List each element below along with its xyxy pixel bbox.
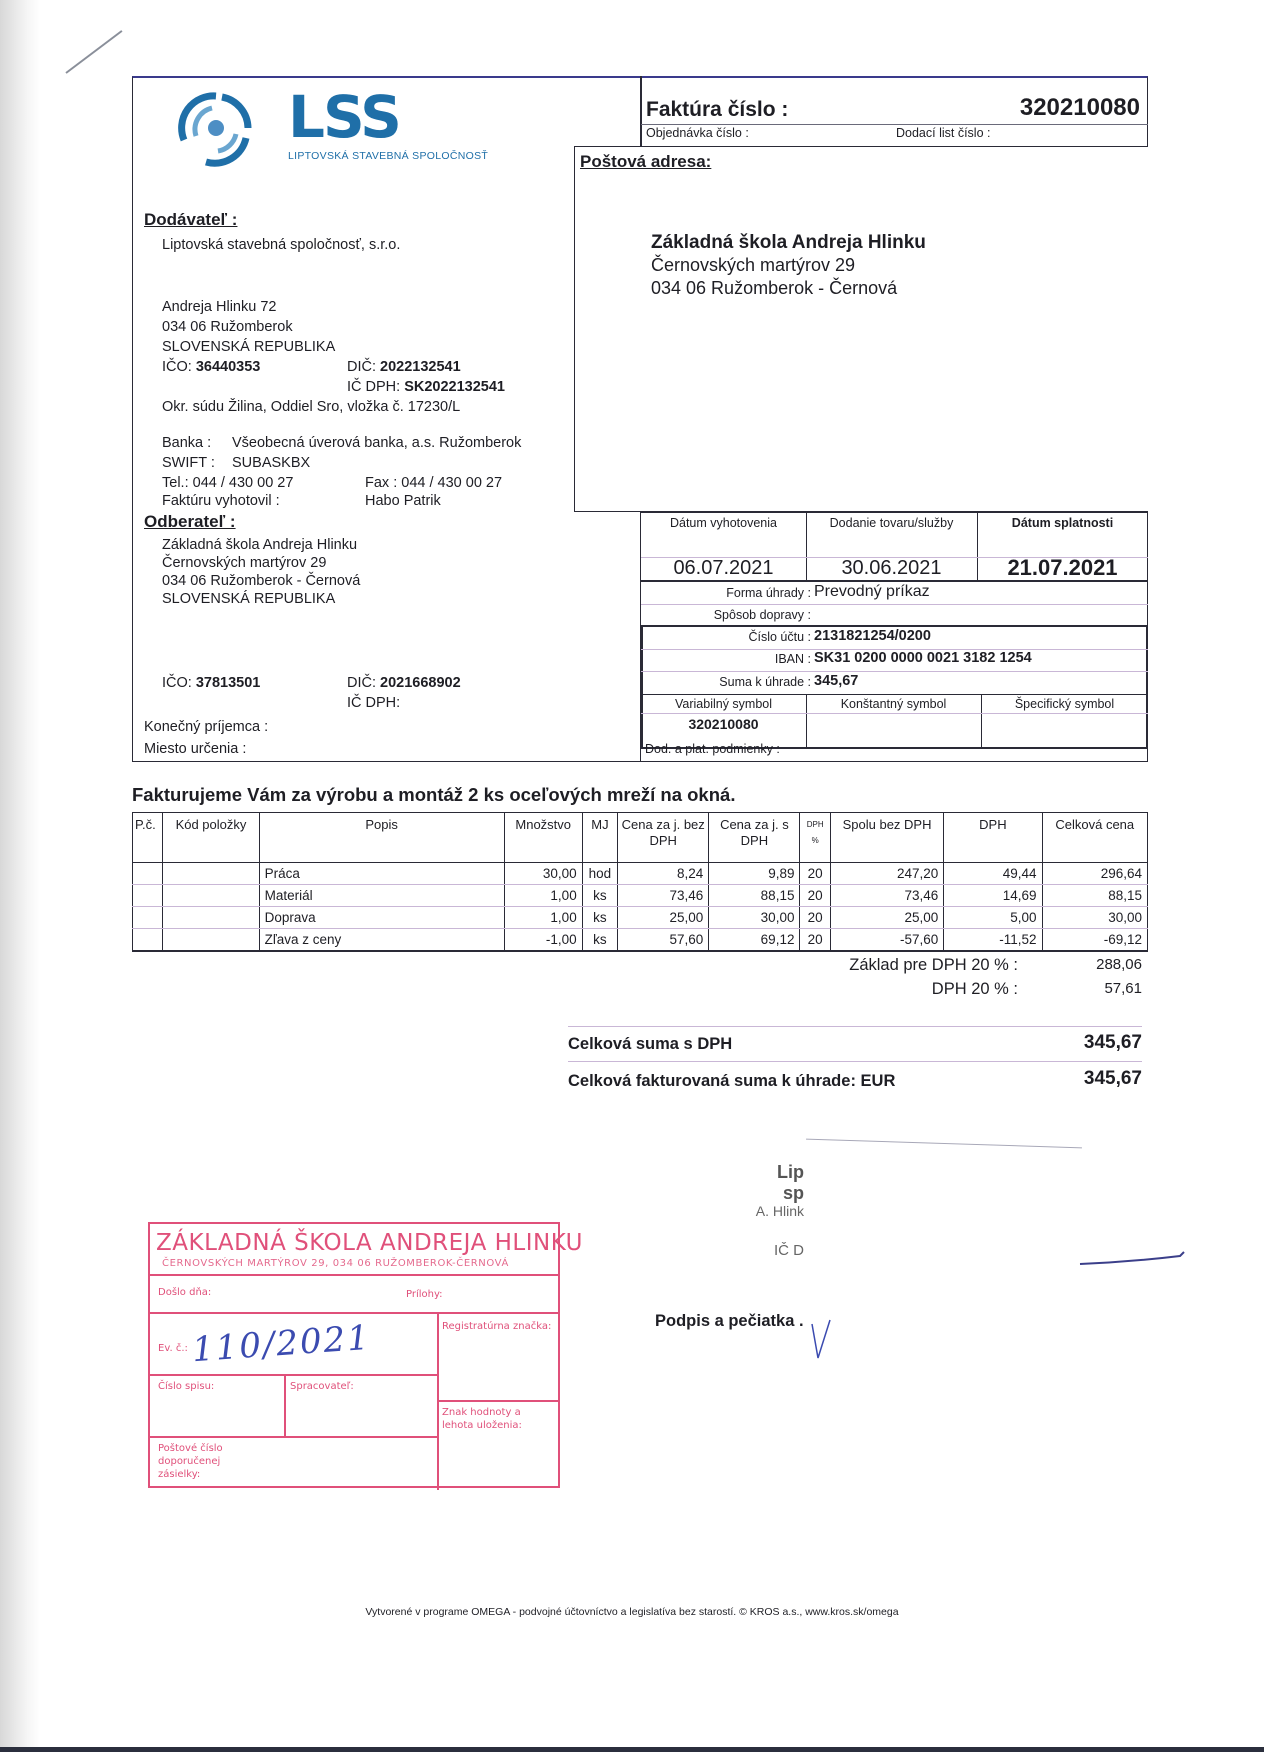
vat-label: DPH 20 % : — [740, 980, 1018, 999]
received-stamp: ZÁKLADNÁ ŠKOLA ANDREJA HLINKU ČERNOVSKÝC… — [148, 1222, 560, 1488]
summary-rule — [568, 1061, 1142, 1062]
customer-dic: DIČ: 2021668902 — [347, 674, 461, 692]
icdph-value: SK2022132541 — [404, 379, 505, 395]
icdph-label: IČ DPH: — [347, 379, 400, 395]
row-pc — [133, 907, 163, 929]
issued-by-label: Faktúru vyhotovil : — [162, 492, 280, 510]
amount-due: 345,67 — [814, 673, 858, 689]
due-date: 21.07.2021 — [977, 555, 1148, 581]
fax-value: 044 / 430 00 27 — [401, 475, 502, 491]
specific-symbol-label: Špecifický symbol — [981, 697, 1148, 711]
stamp-handler-label: Spracovateľ: — [290, 1380, 354, 1393]
row-pc — [133, 929, 163, 951]
customer-country: SLOVENSKÁ REPUBLIKA — [162, 590, 335, 608]
logo-wordmark: LSS — [288, 88, 400, 146]
row-unit: hod — [582, 863, 617, 885]
row-quantity: -1,00 — [504, 929, 582, 951]
scan-bottom-edge — [0, 1747, 1264, 1752]
table-row: Zľava z ceny-1,00ks57,6069,1220-57,60-11… — [133, 929, 1148, 951]
total-label: Celková suma s DPH — [568, 1035, 732, 1054]
row-code — [163, 929, 259, 951]
signature-label: Podpis a pečiatka . — [655, 1312, 804, 1331]
ico-label: IČO: — [162, 359, 192, 375]
customer-heading: Odberateľ : — [144, 512, 236, 532]
pen-mark — [65, 30, 122, 74]
row-unit: ks — [582, 885, 617, 907]
rule — [641, 713, 1148, 714]
invoice-title: Faktúra číslo : — [646, 98, 788, 122]
fax-label: Fax : — [365, 475, 397, 491]
row-unit-price-net: 57,60 — [618, 929, 709, 951]
row-vat-rate: 20 — [800, 907, 830, 929]
row-unit-price-gross: 30,00 — [709, 907, 800, 929]
stamp-rule — [150, 1274, 558, 1276]
row-pc — [133, 885, 163, 907]
row-unit-price-gross: 69,12 — [709, 929, 800, 951]
due-date-label: Dátum splatnosti — [977, 516, 1148, 530]
row-description: Doprava — [259, 907, 504, 929]
row-unit: ks — [582, 907, 617, 929]
col-vat: DPH — [944, 813, 1042, 863]
stamp-reg-label: Registratúrna značka: — [442, 1320, 551, 1333]
supplier-name: Liptovská stavebná spoločnosť, s.r.o. — [162, 236, 400, 254]
stamp-fragment-4: IČ D — [760, 1242, 804, 1259]
row-unit-price-gross: 88,15 — [709, 885, 800, 907]
stamp-retention-label: Znak hodnoty a lehota uloženia: — [442, 1406, 552, 1432]
col-vat-rate: DPH % — [800, 813, 830, 863]
iban: SK31 0200 0000 0021 3182 1254 — [814, 650, 1032, 666]
customer-name: Základná škola Andreja Hlinku — [162, 536, 357, 554]
supplier-swift: SUBASKBX — [232, 454, 310, 472]
stamp-rule — [437, 1400, 558, 1402]
ico-value: 37813501 — [196, 675, 261, 691]
stamp-fragment-3: A. Hlink — [730, 1203, 804, 1219]
payment-method-label: Forma úhrady : — [641, 586, 811, 600]
signature-check-icon — [808, 1318, 838, 1366]
postal-address-heading: Poštová adresa: — [580, 152, 711, 172]
supplier-street: Andreja Hlinku 72 — [162, 298, 276, 316]
supplier-register: Okr. súdu Žilina, Oddiel Sro, vložka č. … — [162, 398, 460, 416]
invoice-intro: Fakturujeme Vám za výrobu a montáž 2 ks … — [132, 784, 735, 806]
row-total: 88,15 — [1042, 885, 1147, 907]
icdph-label: IČ DPH: — [347, 695, 400, 711]
stamp-rule — [150, 1312, 558, 1314]
table-row: Materiál1,00ks73,4688,152073,4614,6988,1… — [133, 885, 1148, 907]
stamp-rule — [150, 1374, 437, 1376]
footer-credit: Vytvorené v programe OMEGA - podvojné úč… — [0, 1606, 1264, 1618]
stamp-rule — [150, 1436, 437, 1438]
row-pc — [133, 863, 163, 885]
order-number-label: Objednávka číslo : — [646, 126, 749, 140]
stamp-ev-label: Ev. č.: — [158, 1342, 188, 1355]
rule — [641, 694, 1148, 695]
row-unit-price-gross: 9,89 — [709, 863, 800, 885]
dic-value: 2021668902 — [380, 675, 461, 691]
supplier-dic: DIČ: 2022132541 — [347, 358, 461, 376]
signature-line — [806, 1139, 1082, 1149]
supplier-tel: Tel.: 044 / 430 00 27 — [162, 474, 293, 492]
row-vat-rate: 20 — [800, 863, 830, 885]
col-unit-price-gross: Cena za j. s DPH — [709, 813, 800, 863]
row-description: Materiál — [259, 885, 504, 907]
stamp-rule — [284, 1374, 286, 1436]
delivery-date-label: Dodanie tovaru/služby — [806, 516, 977, 530]
tel-label: Tel.: — [162, 475, 189, 491]
customer-city: 034 06 Ružomberok - Černová — [162, 572, 360, 590]
col-code: Kód položky — [163, 813, 259, 863]
row-code — [163, 863, 259, 885]
supplier-icdph: IČ DPH: SK2022132541 — [347, 378, 505, 396]
table-row: Doprava1,00ks25,0030,002025,005,0030,00 — [133, 907, 1148, 929]
stamp-attachments-label: Prílohy: — [406, 1288, 443, 1301]
conditions-label: Dod. a plat. podmienky : — [645, 742, 780, 756]
account-number: 2131821254/0200 — [814, 628, 931, 644]
ico-value: 36440353 — [196, 359, 261, 375]
row-total: 296,64 — [1042, 863, 1147, 885]
row-unit: ks — [582, 929, 617, 951]
supplier-bank-label: Banka : — [162, 434, 211, 452]
issue-date-label: Dátum vyhotovenia — [641, 516, 806, 530]
supplier-city: 034 06 Ružomberok — [162, 318, 293, 336]
row-quantity: 1,00 — [504, 907, 582, 929]
final-recipient-label: Konečný príjemca : — [144, 718, 268, 736]
supplier-heading: Dodávateľ : — [144, 210, 237, 230]
amount-due-eur: 345,67 — [1000, 1068, 1142, 1090]
supplier-swift-label: SWIFT : — [162, 454, 215, 472]
supplier-bank: Všeobecná úverová banka, a.s. Ružomberok — [232, 434, 521, 452]
logo-ring-icon — [166, 88, 266, 168]
invoice-number: 320210080 — [990, 94, 1140, 122]
stamp-fragment-1: Lip — [760, 1162, 804, 1183]
row-vat: 14,69 — [944, 885, 1042, 907]
col-quantity: Množstvo — [504, 813, 582, 863]
vat-base-label: Základ pre DPH 20 % : — [740, 956, 1018, 975]
customer-street: Černovských martýrov 29 — [162, 554, 326, 572]
row-unit-price-net: 25,00 — [618, 907, 709, 929]
tel-value: 044 / 430 00 27 — [193, 475, 294, 491]
dic-label: DIČ: — [347, 359, 376, 375]
header-divider — [640, 76, 642, 146]
company-logo — [166, 88, 266, 168]
total-amount: 345,67 — [1000, 1032, 1142, 1054]
row-total: -69,12 — [1042, 929, 1147, 951]
stamp-post-label: Poštové číslo doporučenej zásielky: — [158, 1442, 248, 1481]
row-vat: -11,52 — [944, 929, 1042, 951]
supplier-fax: Fax : 044 / 430 00 27 — [365, 474, 502, 492]
row-description: Zľava z ceny — [259, 929, 504, 951]
ico-label: IČO: — [162, 675, 192, 691]
stamp-title: ZÁKLADNÁ ŠKOLA ANDREJA HLINKU — [156, 1230, 583, 1256]
variable-symbol-label: Variabilný symbol — [641, 697, 806, 711]
stamp-subtitle: ČERNOVSKÝCH MARTÝROV 29, 034 06 RUŽOMBER… — [162, 1258, 509, 1269]
stamp-file-label: Číslo spisu: — [158, 1380, 214, 1393]
delivery-date: 30.06.2021 — [806, 557, 977, 580]
stamp-received-label: Došlo dňa: — [158, 1286, 211, 1299]
dic-label: DIČ: — [347, 675, 376, 691]
row-unit-price-net: 8,24 — [618, 863, 709, 885]
account-label: Číslo účtu : — [641, 630, 811, 644]
dic-value: 2022132541 — [380, 359, 461, 375]
rule — [641, 512, 1148, 513]
postal-name: Základná škola Andreja Hlinku — [651, 232, 926, 254]
iban-label: IBAN : — [641, 652, 811, 666]
row-code — [163, 885, 259, 907]
destination-label: Miesto určenia : — [144, 740, 246, 758]
vat-amount: 57,61 — [1040, 980, 1142, 997]
delivery-note-label: Dodací list číslo : — [896, 126, 990, 140]
row-quantity: 1,00 — [504, 885, 582, 907]
row-vat: 49,44 — [944, 863, 1042, 885]
postal-street: Černovských martýrov 29 — [651, 255, 855, 276]
postal-city: 034 06 Ružomberok - Černová — [651, 278, 897, 299]
row-vat-rate: 20 — [800, 929, 830, 951]
row-unit-price-net: 73,46 — [618, 885, 709, 907]
summary-rule — [568, 1026, 1142, 1027]
constant-symbol-label: Konštantný symbol — [806, 697, 981, 711]
col-total: Celková cena — [1042, 813, 1147, 863]
header-rule — [641, 124, 1148, 125]
amount-due-label: Suma k úhrade : — [641, 675, 811, 689]
vat-base: 288,06 — [1040, 956, 1142, 973]
row-vat: 5,00 — [944, 907, 1042, 929]
customer-icdph: IČ DPH: — [347, 694, 400, 712]
postal-address-box — [574, 146, 1148, 512]
row-total-net: 73,46 — [830, 885, 943, 907]
col-unit-price-net: Cena za j. bez DPH — [618, 813, 709, 863]
row-total: 30,00 — [1042, 907, 1147, 929]
amount-due-eur-label: Celková fakturovaná suma k úhrade: EUR — [568, 1072, 895, 1091]
table-row: Práca30,00hod8,249,8920247,2049,44296,64 — [133, 863, 1148, 885]
stamp-ev-value: 110/2021 — [191, 1318, 372, 1370]
row-vat-rate: 20 — [800, 885, 830, 907]
variable-symbol: 320210080 — [641, 716, 806, 732]
rule — [641, 671, 1148, 672]
rule — [641, 604, 1148, 605]
row-description: Práca — [259, 863, 504, 885]
col-total-net: Spolu bez DPH — [830, 813, 943, 863]
transport-label: Spôsob dopravy : — [641, 608, 811, 622]
supplier-country: SLOVENSKÁ REPUBLIKA — [162, 338, 335, 356]
row-quantity: 30,00 — [504, 863, 582, 885]
row-total-net: -57,60 — [830, 929, 943, 951]
col-unit: MJ — [582, 813, 617, 863]
row-code — [163, 907, 259, 929]
table-header-row: P.č. Kód položky Popis Množstvo MJ Cena … — [133, 813, 1148, 863]
col-pc: P.č. — [133, 813, 163, 863]
logo-tagline: LIPTOVSKÁ STAVEBNÁ SPOLOČNOSŤ — [288, 150, 488, 162]
supplier-ico: IČO: 36440353 — [162, 358, 260, 376]
items-table: P.č. Kód položky Popis Množstvo MJ Cena … — [132, 812, 1148, 952]
stamp-fragment-2: sp — [760, 1183, 804, 1204]
customer-ico: IČO: 37813501 — [162, 674, 260, 692]
scan-edge-shadow — [0, 0, 40, 1752]
signature-stroke-icon — [1060, 1240, 1200, 1270]
issue-date: 06.07.2021 — [641, 557, 806, 580]
row-total-net: 25,00 — [830, 907, 943, 929]
col-description: Popis — [259, 813, 504, 863]
issued-by: Habo Patrik — [365, 492, 441, 510]
row-total-net: 247,20 — [830, 863, 943, 885]
payment-method: Prevodný príkaz — [814, 583, 930, 601]
